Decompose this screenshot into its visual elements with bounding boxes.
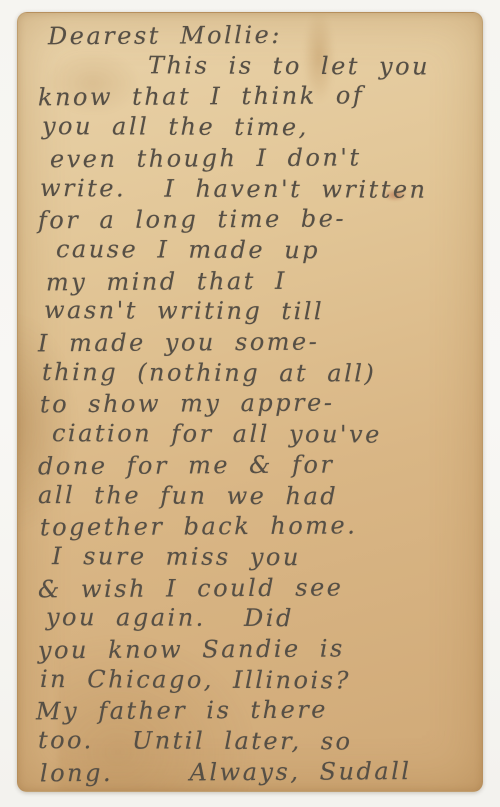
- letter-paper: Dearest Mollie: This is to let you know …: [17, 12, 483, 792]
- letter-line: cause I made up: [56, 234, 476, 267]
- letter-line: I made you some-: [38, 326, 476, 359]
- letter-line: in Chicago, Illinois?: [40, 664, 476, 697]
- photo-background: Dearest Mollie: This is to let you know …: [0, 0, 500, 807]
- letter-line: you all the time,: [42, 111, 476, 144]
- letter-line: together back home.: [40, 510, 476, 543]
- letter-line: all the fun we had: [38, 480, 476, 513]
- letter-line: you again. Did: [46, 602, 476, 635]
- letter-line: know that I think of: [38, 80, 476, 113]
- letter-line: done for me & for: [38, 449, 476, 482]
- letter-line: my mind that I: [46, 264, 476, 297]
- letter-line: to show my appre-: [40, 387, 476, 420]
- letter-line: even though I don't: [50, 142, 476, 175]
- letter-line: you know Sandie is: [38, 633, 476, 666]
- letter-line: I sure miss you: [52, 541, 476, 574]
- letter-line: write. I haven't written: [40, 173, 476, 206]
- letter-line: thing (nothing at all): [42, 357, 476, 390]
- letter-text: Dearest Mollie: This is to let you know …: [30, 20, 476, 788]
- letter-line: This is to let you: [148, 50, 476, 82]
- letter-line: for a long time be-: [38, 203, 476, 236]
- salutation-line: Dearest Mollie:: [48, 19, 476, 52]
- letter-line: wasn't writing till: [44, 295, 476, 328]
- letter-line: ciation for all you've: [52, 418, 476, 451]
- letter-line: too. Until later, so: [38, 725, 476, 758]
- letter-line: & wish I could see: [38, 571, 476, 604]
- letter-line: My father is there: [36, 694, 476, 727]
- signature-line: long. Always, Sudall: [40, 756, 476, 789]
